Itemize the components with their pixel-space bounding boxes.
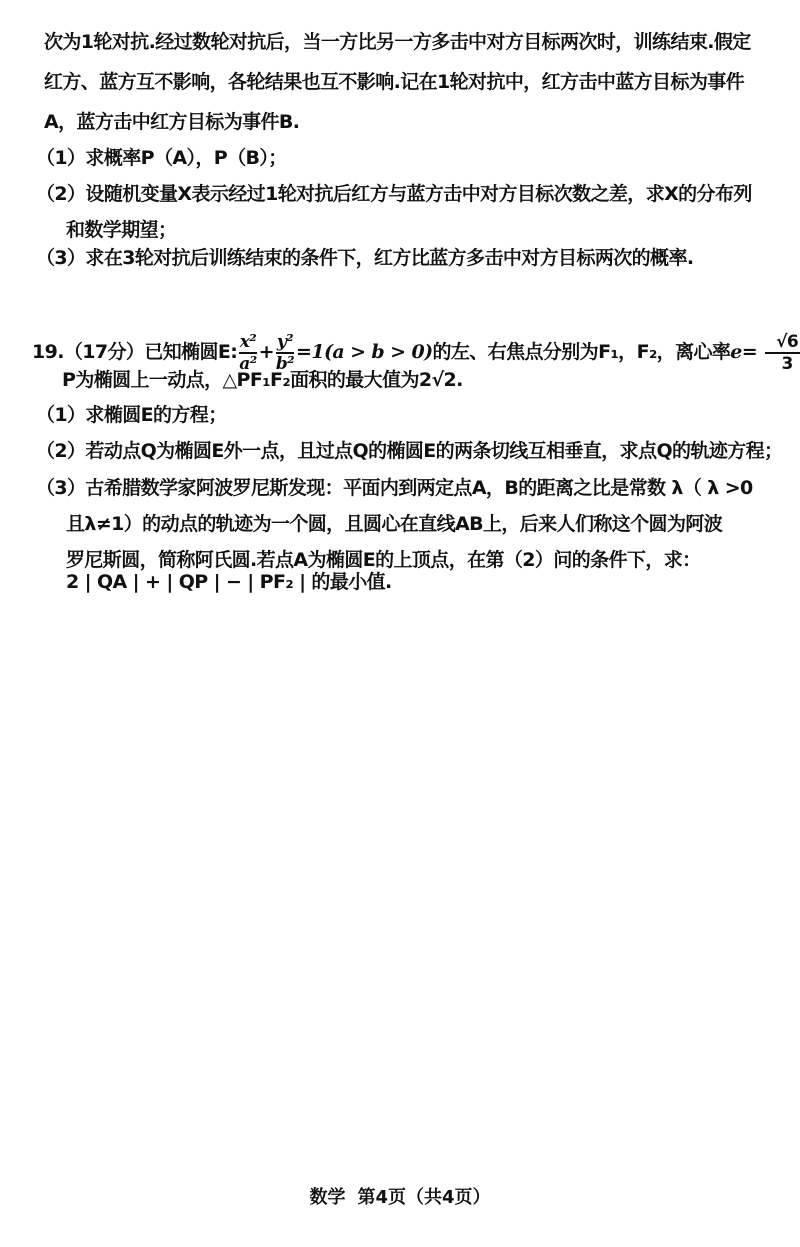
fraction-x2-a2: x²a² (239, 333, 256, 373)
plus-sign: + (259, 341, 274, 363)
q18-intro-line-3: A，蓝方击中红方目标为事件B. (44, 110, 299, 134)
part-text: 若动点Q为椭圆E外一点，且过点Q的椭圆E的两条切线互相垂直，求点Q的轨迹方程； (85, 440, 782, 462)
part-label: （2） (36, 183, 85, 205)
equation-rest: =1(a > b > 0) (296, 341, 432, 363)
q19-part-2: （2）若动点Q为椭圆E外一点，且过点Q的椭圆E的两条切线互相垂直，求点Q的轨迹方… (36, 439, 782, 463)
part-label: （1） (36, 147, 85, 169)
q18-part-3: （3）求在3轮对抗后训练结束的条件下，红方比蓝方多击中对方目标两次的概率. (36, 246, 693, 270)
fraction-sqrt6-3: √63 (765, 333, 800, 373)
part-label: （1） (36, 404, 85, 426)
part-text: 设随机变量X表示经过1轮对抗后红方与蓝方击中对方目标次数之差，求X的分布列 (85, 183, 751, 205)
q19-stem-line-2: P为椭圆上一动点，△PF₁F₂面积的最大值为2√2. (62, 368, 463, 392)
part-text: 求在3轮对抗后训练结束的条件下，红方比蓝方多击中对方目标两次的概率. (85, 247, 693, 269)
part-label: （3） (36, 247, 85, 269)
q18-intro-line-1: 次为1轮对抗.经过数轮对抗后，当一方比另一方多击中对方目标两次时，训练结束.假定 (44, 30, 751, 54)
eccentricity-label: e= (730, 341, 757, 363)
question-number: 19. (32, 341, 64, 363)
q18-part-2: （2）设随机变量X表示经过1轮对抗后红方与蓝方击中对方目标次数之差，求X的分布列 (36, 182, 752, 206)
part-label: （2） (36, 440, 85, 462)
fraction-y2-b2: y²b² (276, 333, 294, 373)
q19-part-3-cont-1: 且λ≠1）的动点的轨迹为一个圆，且圆心在直线AB上，后来人们称这个圆为阿波 (66, 512, 722, 536)
footer-page-number: 第4页（共4页） (357, 1187, 490, 1208)
question-score: （17分） (64, 341, 144, 363)
q19-part-1: （1）求椭圆E的方程； (36, 403, 227, 427)
q19-part-3-cont-2: 罗尼斯圆，简称阿氏圆.若点A为椭圆E的上顶点，在第（2）问的条件下，求： (66, 548, 701, 572)
q19-part-3: （3）古希腊数学家阿波罗尼斯发现：平面内到两定点A，B的距离之比是常数 λ（ λ… (36, 476, 753, 500)
q18-part-2-cont: 和数学期望； (66, 218, 176, 242)
q18-intro-line-2: 红方、蓝方互不影响，各轮结果也互不影响.记在1轮对抗中，红方击中蓝方目标为事件 (44, 70, 744, 94)
stem-lead: 已知椭圆E: (144, 341, 237, 363)
footer-subject: 数学 (309, 1187, 345, 1208)
q19-part-3-cont-3: 2 | QA | + | QP | − | PF₂ | 的最小值. (66, 570, 392, 594)
page-footer: 数学第4页（共4页） (0, 1183, 800, 1209)
part-label: （3） (36, 477, 85, 499)
q18-part-1: （1）求概率P（A），P（B）； (36, 146, 287, 170)
part-text: 求椭圆E的方程； (85, 404, 226, 426)
stem-foci: 的左、右焦点分别为F₁，F₂，离心率 (432, 341, 730, 363)
part-text: 古希腊数学家阿波罗尼斯发现：平面内到两定点A，B的距离之比是常数 λ（ λ >0 (85, 477, 752, 499)
part-text: 求概率P（A），P（B）； (85, 147, 286, 169)
